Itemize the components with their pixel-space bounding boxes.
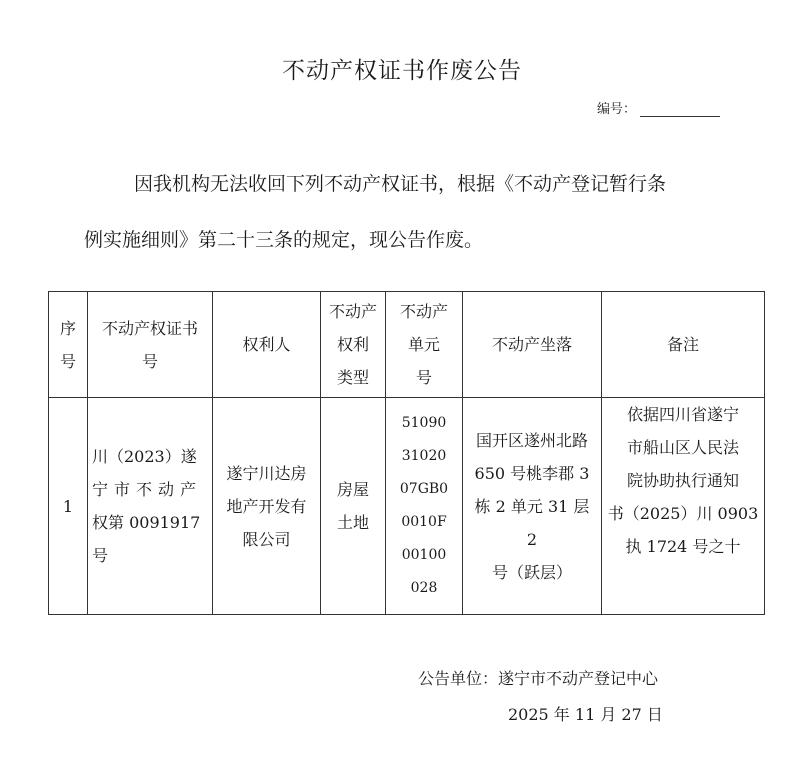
cell-right-type: 房屋 土地 bbox=[321, 398, 386, 615]
header-owner: 权利人 bbox=[213, 292, 321, 398]
announcement-paragraph-line1: 因我机构无法收回下列不动产权证书，根据《不动产登记暂行条 bbox=[134, 170, 804, 198]
cell-unit-no: 51090 31020 07GB0 0010F 00100 028 bbox=[386, 398, 463, 615]
cell-cert-no: 川（2023）遂 宁市不动产 权第 0091917 号 bbox=[88, 398, 213, 615]
document-number-blank bbox=[640, 102, 720, 117]
document-number: 编号： bbox=[597, 98, 720, 117]
document-number-label: 编号： bbox=[597, 98, 636, 117]
cell-location: 国开区遂州北路 650 号桃李郡 3 栋 2 单元 31 层 2 号（跃层） bbox=[463, 398, 602, 615]
header-unit-no: 不动产 单元 号 bbox=[386, 292, 463, 398]
page-title: 不动产权证书作废公告 bbox=[0, 52, 804, 85]
table-row: 1 川（2023）遂 宁市不动产 权第 0091917 号 遂宁川达房 地产开发… bbox=[49, 398, 765, 615]
cell-owner: 遂宁川达房 地产开发有 限公司 bbox=[213, 398, 321, 615]
cell-remark: 依据四川省遂宁 市船山区人民法 院协助执行通知 书（2025）川 0903 执 … bbox=[602, 398, 765, 615]
issuer-line: 公告单位：遂宁市不动产登记中心 bbox=[418, 666, 658, 689]
void-certificate-table: 序 号 不动产权证书 号 权利人 不动产 权利 类型 不动产 单元 号 不动产坐… bbox=[48, 291, 765, 615]
cell-index: 1 bbox=[49, 398, 88, 615]
announcement-paragraph-line2: 例实施细则》第二十三条的规定，现公告作废。 bbox=[84, 226, 764, 254]
table-header-row: 序 号 不动产权证书 号 权利人 不动产 权利 类型 不动产 单元 号 不动产坐… bbox=[49, 292, 765, 398]
header-remark: 备注 bbox=[602, 292, 765, 398]
header-right-type: 不动产 权利 类型 bbox=[321, 292, 386, 398]
header-cert-no: 不动产权证书 号 bbox=[88, 292, 213, 398]
issue-date: 2025 年 11 月 27 日 bbox=[508, 702, 663, 725]
header-location: 不动产坐落 bbox=[463, 292, 602, 398]
header-index: 序 号 bbox=[49, 292, 88, 398]
